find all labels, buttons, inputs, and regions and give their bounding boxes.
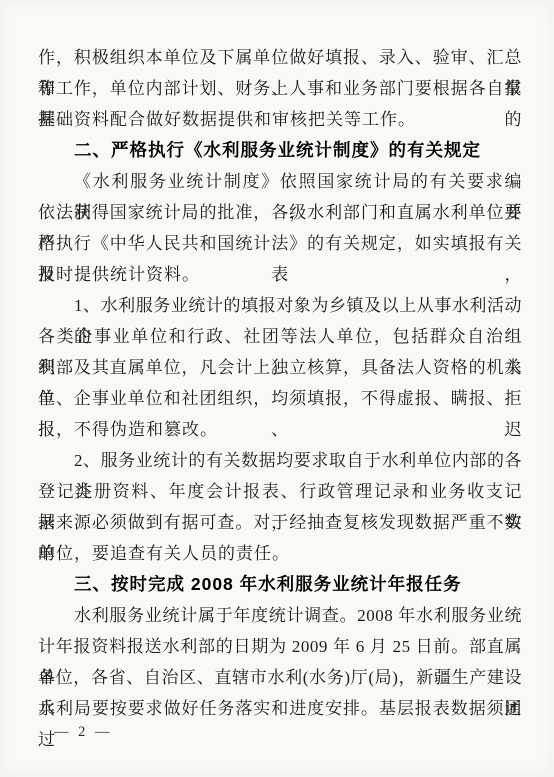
text-line: 登记注册资料、年度会计报表、行政管理记录和业务收支记录，数 — [38, 476, 522, 507]
text-line: 各类企事业单位和行政、社团等法人单位，包括群众自治组织。水 — [38, 321, 522, 352]
text-line: 依法获得国家统计局的批准，各级水利部门和直属水利单位要严 — [38, 197, 522, 228]
text-line: 位、企事业单位和社团组织，均须填报，不得虚报、瞒报、拒报、迟 — [38, 383, 522, 414]
text-line: 据来源必须做到有据可查。对于经抽查复核发现数据严重不实的 — [38, 507, 522, 538]
text-line: 单位，各省、自治区、直辖市水利(水务)厅(局)，新疆生产建设兵团 — [38, 662, 522, 693]
text-line: 利部及其直属单位，凡会计上独立核算，具备法人资格的机关单 — [38, 352, 522, 383]
text-line: 水利服务业统计属于年度统计调查。2008 年水利服务业统 — [38, 600, 522, 631]
text-line: 2、服务业统计的有关数据均要求取自于水利单位内部的各类 — [38, 445, 522, 476]
text-line: 单位，要追查有关人员的责任。 — [38, 538, 522, 569]
document-body: 作，积极组织本单位及下属单位做好填报、录入、验审、汇总和上报等工作，单位内部计划… — [38, 42, 522, 724]
text-line: 格执行《中华人民共和国统计法》的有关规定，如实填报有关报表， — [38, 228, 522, 259]
text-line: 作，积极组织本单位及下属单位做好填报、录入、验审、汇总和上报 — [38, 42, 522, 73]
text-line: 计年报资料报送水利部的日期为 2009 年 6 月 25 日前。部直属各 — [38, 631, 522, 662]
section-heading: 三、按时完成 2008 年水利服务业统计年报任务 — [38, 569, 522, 600]
section-heading: 二、严格执行《水利服务业统计制度》的有关规定 — [38, 135, 522, 166]
page-number: — 2 — — [54, 724, 113, 741]
text-line: 《水利服务业统计制度》依照国家统计局的有关要求编制，并 — [38, 166, 522, 197]
text-line: 水利局要按要求做好任务落实和进度安排。基层报表数据须通过 — [38, 693, 522, 724]
text-line: 1、水利服务业统计的填报对象为乡镇及以上从事水利活动的 — [38, 290, 522, 321]
text-line: 等工作，单位内部计划、财务、人事和业务部门要根据各自掌握的 — [38, 73, 522, 104]
document-page: 作，积极组织本单位及下属单位做好填报、录入、验审、汇总和上报等工作，单位内部计划… — [0, 0, 554, 777]
